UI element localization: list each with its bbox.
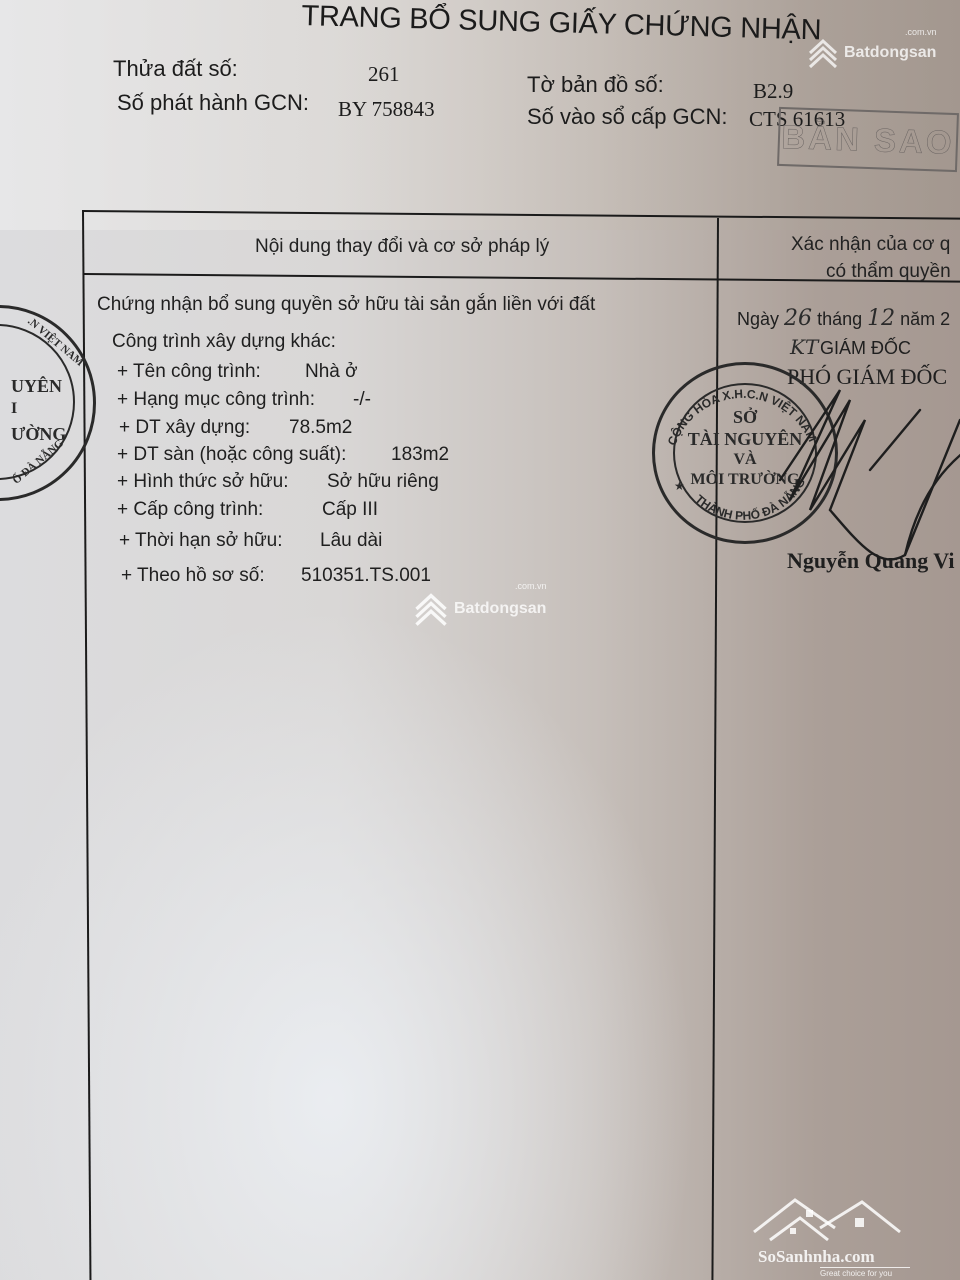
item-label: + Theo hồ sơ số: [121,565,265,586]
date-day-handwritten: 26 [784,306,812,331]
item-label: + Cấp công trình: [117,499,263,520]
item-value: 183m2 [391,444,449,466]
item-ownership-form: + Hình thức sở hữu: Sở hữu riêng [117,471,289,493]
item-building-grade: + Cấp công trình: Cấp III [117,499,263,521]
item-label: + DT sàn (hoặc công suất): [117,444,346,465]
partial-seal-line-1: UYÊN [11,376,62,397]
partial-seal-left: UYÊN I ƯỜNG .N VIỆT NAM Ố ĐÀ NẴNG [0,305,96,501]
sosanhnha-text: SoSanhnha.com [758,1247,910,1267]
role-director: GIÁM ĐỐC [820,338,911,359]
item-value: 78.5m2 [289,417,352,439]
item-label: + Hạng mục công trình: [117,389,315,410]
map-sheet-value: B2.9 [753,79,793,104]
item-label: + Thời hạn sở hữu: [119,530,283,551]
batdongsan-text: Batdongsan [454,600,546,618]
document-title: TRANG BỔ SUNG GIẤY CHỨNG NHẬN [301,0,822,48]
month-label: tháng [817,309,862,329]
issue-no-label: Số phát hành GCN: [117,90,309,116]
batdongsan-domain: .com.vn [905,27,937,37]
kt-handwritten: KT [790,335,818,359]
header-confirm-line2: có thẩm quyền [826,261,951,283]
item-dossier-number: + Theo hồ sơ số: 510351.TS.001 [121,565,265,587]
issue-no-value: BY 758843 [338,97,435,122]
partial-seal-line-2: I [11,400,17,418]
table-top-border [82,210,960,220]
content-intro: Chứng nhận bổ sung quyền sở hữu tài sản … [97,294,595,316]
item-value: Lâu dài [320,530,382,552]
batdongsan-domain: .com.vn [515,581,547,591]
item-category: + Hạng mục công trình: -/- [117,389,315,411]
item-building-name: + Tên công trình: Nhà ở [117,361,261,383]
confirmation-date: Ngày 26 tháng 12 năm 2 [737,306,950,331]
item-label: + Hình thức sở hữu: [117,471,289,492]
batdongsan-text: Batdongsan [844,44,936,62]
year-label: năm 2 [900,309,950,329]
date-month-handwritten: 12 [867,306,895,331]
item-construction-area: + DT xây dựng: 78.5m2 [119,417,250,439]
copy-stamp: BẢN SAO [777,107,959,172]
item-value: Cấp III [322,499,378,521]
item-label: + Tên công trình: [117,361,261,382]
signature [720,360,960,590]
header-content-column: Nội dung thay đổi và cơ sở pháp lý [255,236,549,258]
item-value: 510351.TS.001 [301,565,431,587]
item-value: -/- [353,389,371,411]
content-section: Công trình xây dựng khác: [112,331,336,353]
batdongsan-logo-icon [412,590,450,628]
map-sheet-label: Tờ bản đồ số: [527,72,664,98]
sosanhnha-watermark: SoSanhnha.com Great choice for you [750,1192,910,1272]
header-confirm-line1: Xác nhận của cơ q [791,234,950,256]
register-no-label: Số vào sổ cấp GCN: [527,104,728,130]
houses-logo-icon [750,1192,910,1242]
item-value: Nhà ở [305,361,358,383]
item-ownership-term: + Thời hạn sở hữu: Lâu dài [119,530,283,552]
item-label: + DT xây dựng: [119,417,250,438]
item-value: Sở hữu riêng [327,471,439,493]
batdongsan-watermark-center: Batdongsan .com.vn [412,590,546,628]
batdongsan-watermark-top: Batdongsan .com.vn [806,36,936,70]
date-prefix: Ngày [737,309,779,329]
parcel-label: Thửa đất số: [113,56,238,82]
sosanhnha-tagline: Great choice for you [820,1267,910,1278]
parcel-value: 261 [368,62,400,87]
batdongsan-logo-icon [806,36,840,70]
item-floor-area: + DT sàn (hoặc công suất): 183m2 [117,444,346,466]
